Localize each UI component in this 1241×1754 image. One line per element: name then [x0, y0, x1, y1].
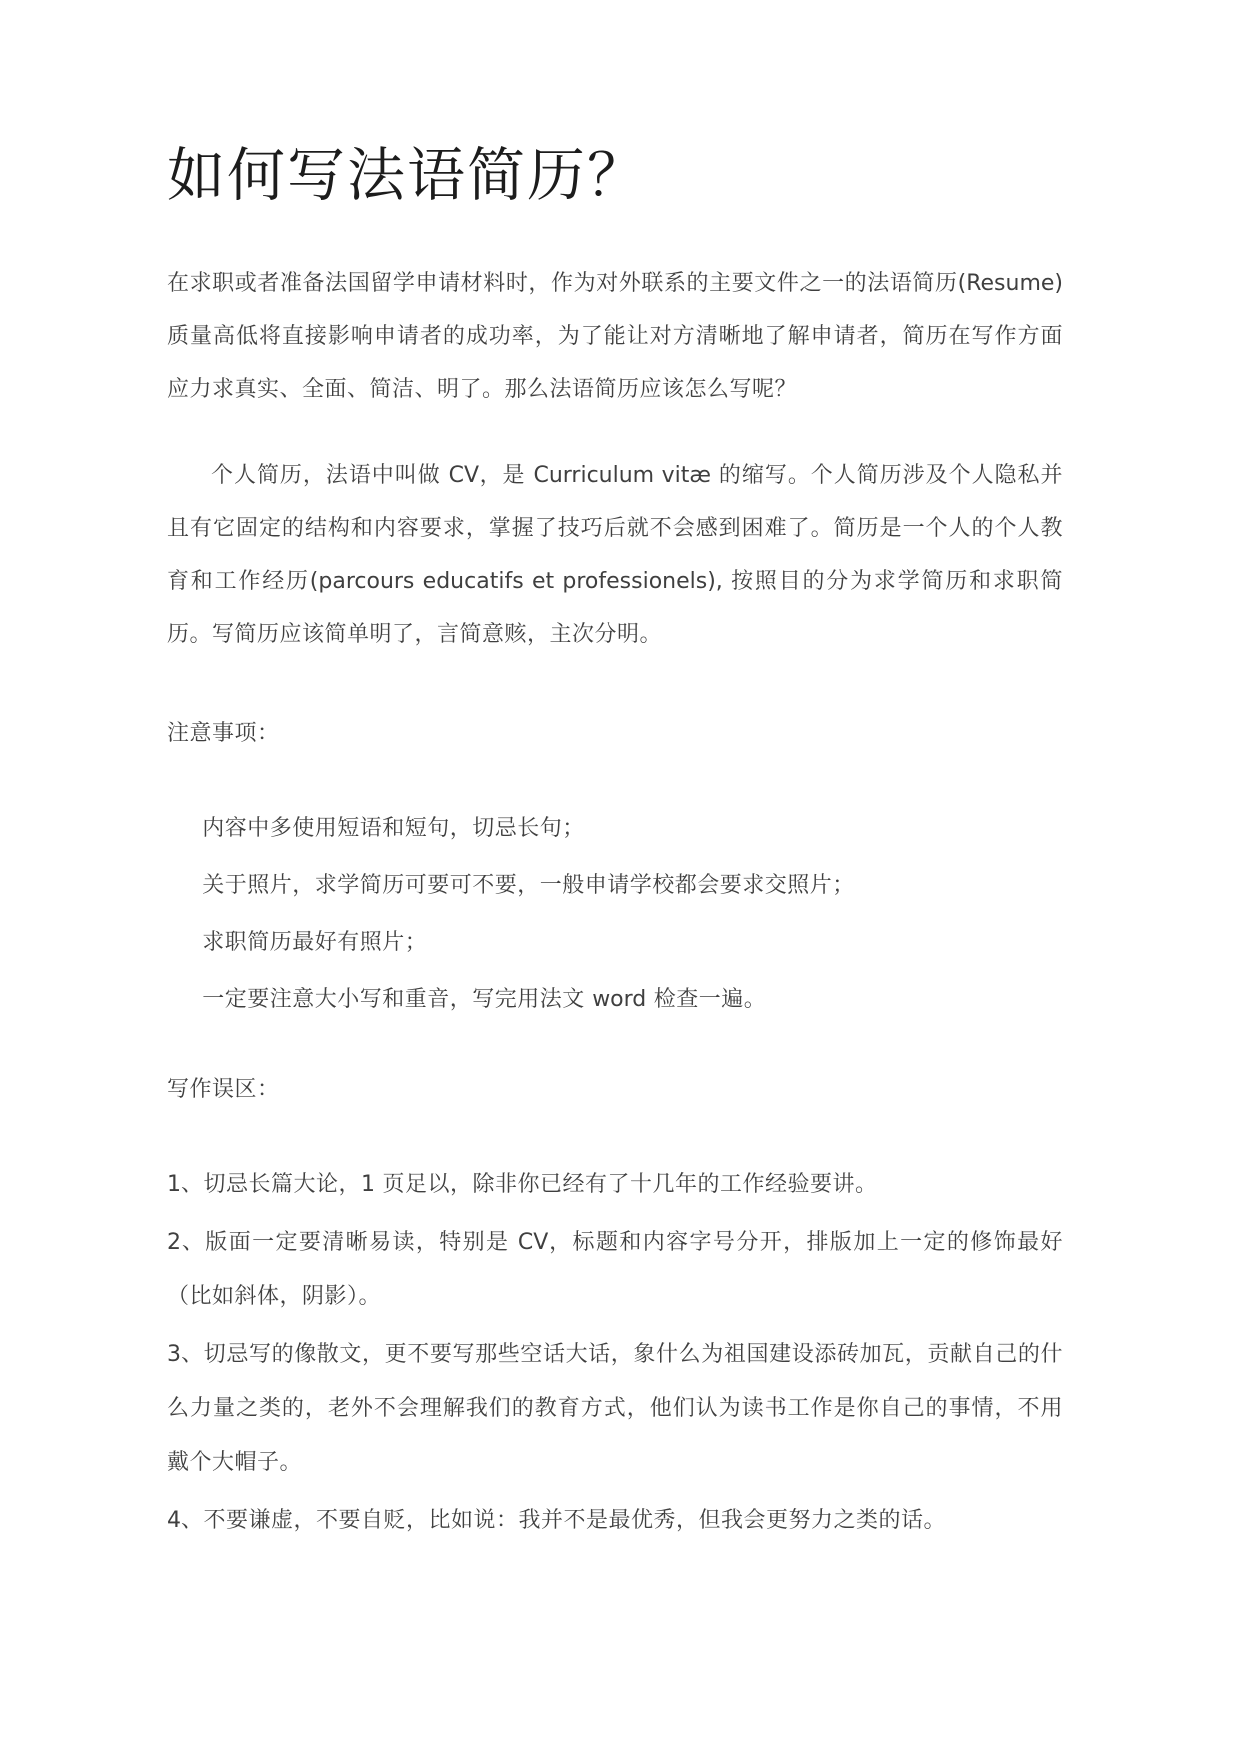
item-number: 4: [167, 1508, 181, 1533]
document-page: 如何写法语简历？ 在求职或者准备法国留学申请材料时，作为对外联系的主要文件之一的…: [0, 0, 1241, 1754]
text-run: 在求职或者准备法国留学申请材料时，作为对外联系的主要文件之一的法语简历: [167, 271, 958, 296]
text-run: 页足以，除非你已经有了十几年的工作经验要讲。: [375, 1172, 878, 1197]
text-run: 、版面一定要清晰易读，特别是: [181, 1230, 518, 1255]
text-run: 个人简历，法语中叫做: [211, 463, 449, 488]
item-number: 2: [167, 1230, 181, 1255]
note-item: 求职简历最好有照片；: [167, 916, 1063, 969]
text-run-latin: word: [592, 987, 646, 1012]
text-run: 关于照片，求学简历可要可不要，一般申请学校都会要求交照片；: [202, 873, 855, 898]
note-item: 内容中多使用短语和短句，切忌长句；: [167, 802, 1063, 855]
text-run-latin: CV: [449, 463, 479, 488]
mistakes-section-heading: 写作误区：: [167, 1063, 1063, 1116]
mistake-item: 4、不要谦虚，不要自贬，比如说：我并不是最优秀，但我会更努力之类的话。: [167, 1494, 1063, 1548]
text-run: 、切忌写的像散文，更不要写那些空话大话，象什么为祖国建设添砖加瓦，贡献自己的什么…: [167, 1342, 1063, 1475]
text-run-latin: 1: [361, 1172, 375, 1197]
mistake-item: 3、切忌写的像散文，更不要写那些空话大话，象什么为祖国建设添砖加瓦，贡献自己的什…: [167, 1328, 1063, 1490]
mistake-item: 2、版面一定要清晰易读，特别是 CV，标题和内容字号分开，排版加上一定的修饰最好…: [167, 1216, 1063, 1324]
note-item: 一定要注意大小写和重音，写完用法文 word 检查一遍。: [167, 973, 1063, 1026]
text-run-latin: (parcours educatifs et professionels),: [310, 569, 731, 594]
document-content: 如何写法语简历？ 在求职或者准备法国留学申请材料时，作为对外联系的主要文件之一的…: [167, 137, 1063, 1548]
text-run-latin: Curriculum vitæ: [533, 463, 710, 488]
mistake-item: 1、切忌长篇大论，1 页足以，除非你已经有了十几年的工作经验要讲。: [167, 1158, 1063, 1212]
document-title: 如何写法语简历？: [167, 137, 1063, 213]
intro-paragraph: 在求职或者准备法国留学申请材料时，作为对外联系的主要文件之一的法语简历(Resu…: [167, 257, 1063, 416]
item-number: 1: [167, 1172, 181, 1197]
cv-definition-paragraph: 个人简历，法语中叫做 CV，是 Curriculum vitæ 的缩写。个人简历…: [167, 449, 1063, 661]
notes-section-heading: 注意事项：: [167, 707, 1063, 760]
note-item: 关于照片，求学简历可要可不要，一般申请学校都会要求交照片；: [167, 859, 1063, 912]
text-run: 、切忌长篇大论，: [181, 1172, 361, 1197]
text-run-latin: CV: [518, 1230, 548, 1255]
text-run: ，是: [479, 463, 533, 488]
text-run-latin: (Resume): [958, 271, 1063, 296]
text-run: 质量高低将直接影响申请者的成功率，为了能让对方清晰地了解申请者，简历在写作方面应…: [167, 324, 1063, 402]
text-run: 求职简历最好有照片；: [202, 930, 427, 955]
text-run: 、不要谦虚，不要自贬，比如说：我并不是最优秀，但我会更努力之类的话。: [181, 1508, 946, 1533]
item-number: 3: [167, 1342, 181, 1367]
text-run: 内容中多使用短语和短句，切忌长句；: [202, 816, 585, 841]
text-run: 一定要注意大小写和重音，写完用法文: [202, 987, 592, 1012]
text-run: 检查一遍。: [646, 987, 766, 1012]
